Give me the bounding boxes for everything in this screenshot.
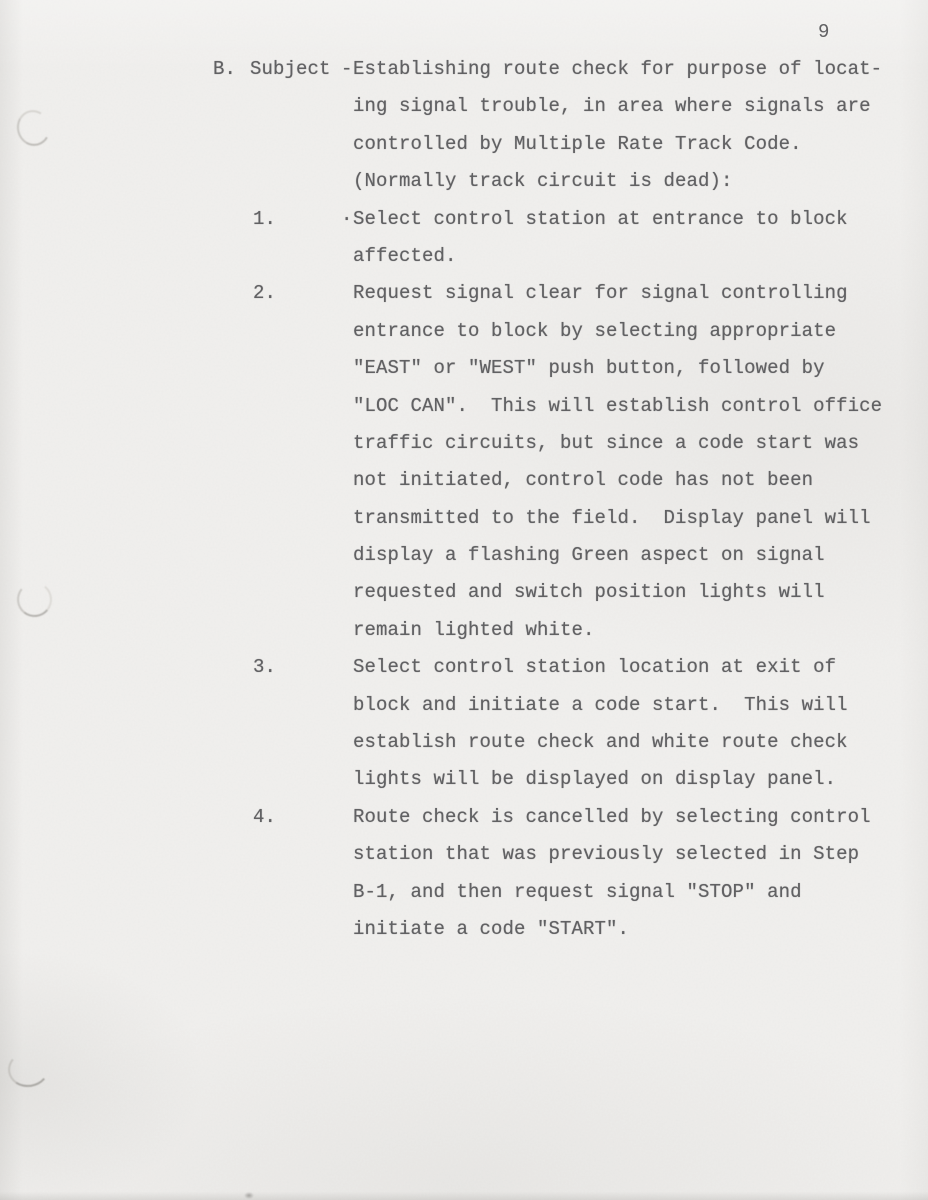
text-line: traffic circuits, but since a code start… <box>0 425 928 462</box>
text-line: block and initiate a code start. This wi… <box>0 687 928 724</box>
item-line: "EAST" or "WEST" push button, followed b… <box>353 350 825 387</box>
subject-line: controlled by Multiple Rate Track Code. <box>353 126 802 163</box>
text-line: B. Subject - Establishing route check fo… <box>0 51 928 88</box>
text-line: initiate a code "START". <box>0 911 928 948</box>
item-number: 1. <box>253 201 276 238</box>
item-line: display a flashing Green aspect on signa… <box>353 537 825 574</box>
page-number: 9 <box>818 21 829 43</box>
item-number: 2. <box>253 275 276 312</box>
item-line: station that was previously selected in … <box>353 836 859 873</box>
item-line: affected. <box>353 238 457 275</box>
subject-line: ing signal trouble, in area where signal… <box>353 88 871 125</box>
item-line: establish route check and white route ch… <box>353 724 848 761</box>
text-line: not initiated, control code has not been <box>0 462 928 499</box>
text-line: (Normally track circuit is dead): <box>0 163 928 200</box>
paper-speck <box>244 1192 254 1199</box>
text-line: ing signal trouble, in area where signal… <box>0 88 928 125</box>
text-line: 4. Route check is cancelled by selecting… <box>0 799 928 836</box>
item-line: "LOC CAN". This will establish control o… <box>353 388 882 425</box>
item-line: Request signal clear for signal controll… <box>353 275 848 312</box>
text-line: affected. <box>0 238 928 275</box>
text-line: requested and switch position lights wil… <box>0 574 928 611</box>
text-line: controlled by Multiple Rate Track Code. <box>0 126 928 163</box>
item-line: transmitted to the field. Display panel … <box>353 500 871 537</box>
item-line: requested and switch position lights wil… <box>353 574 825 611</box>
item-number: 4. <box>253 799 276 836</box>
item-line: Select control station at entrance to bl… <box>353 201 848 238</box>
item-line: traffic circuits, but since a code start… <box>353 425 859 462</box>
document-body: B. Subject - Establishing route check fo… <box>0 51 928 948</box>
scanned-document-page: 9 B. Subject - Establishing route check … <box>0 0 928 1200</box>
text-line: transmitted to the field. Display panel … <box>0 500 928 537</box>
subject-label: Subject <box>250 51 331 88</box>
text-line: "EAST" or "WEST" push button, followed b… <box>0 350 928 387</box>
punch-hole-mark <box>6 1048 52 1089</box>
item-line: remain lighted white. <box>353 612 595 649</box>
text-line: "LOC CAN". This will establish control o… <box>0 388 928 425</box>
item-line: B-1, and then request signal "STOP" and <box>353 874 802 911</box>
stray-dot-mark: · <box>341 201 353 238</box>
text-line: display a flashing Green aspect on signa… <box>0 537 928 574</box>
text-line: remain lighted white. <box>0 612 928 649</box>
text-line: establish route check and white route ch… <box>0 724 928 761</box>
item-line: entrance to block by selecting appropria… <box>353 313 836 350</box>
text-line: B-1, and then request signal "STOP" and <box>0 874 928 911</box>
item-line: Route check is cancelled by selecting co… <box>353 799 871 836</box>
item-line: not initiated, control code has not been <box>353 462 813 499</box>
item-number: 3. <box>253 649 276 686</box>
subject-line: Establishing route check for purpose of … <box>353 51 882 88</box>
text-line: 3. Select control station location at ex… <box>0 649 928 686</box>
item-line: initiate a code "START". <box>353 911 629 948</box>
text-line: lights will be displayed on display pane… <box>0 761 928 798</box>
text-line: station that was previously selected in … <box>0 836 928 873</box>
text-line: 2. Request signal clear for signal contr… <box>0 275 928 312</box>
item-line: lights will be displayed on display pane… <box>353 761 836 798</box>
item-line: block and initiate a code start. This wi… <box>353 687 848 724</box>
subject-dash: - <box>341 51 353 88</box>
item-line: Select control station location at exit … <box>353 649 836 686</box>
text-line: entrance to block by selecting appropria… <box>0 313 928 350</box>
section-label: B. <box>213 51 236 88</box>
text-line: 1. · Select control station at entrance … <box>0 201 928 238</box>
subject-line: (Normally track circuit is dead): <box>353 163 733 200</box>
